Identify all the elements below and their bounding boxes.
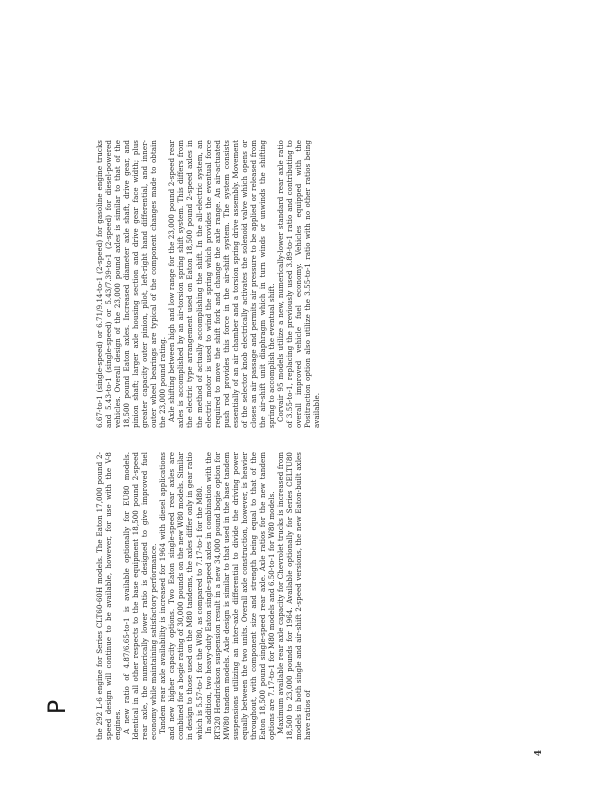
page-number: 4: [533, 747, 545, 759]
paragraph: Maximum available rear axle capacity for…: [276, 452, 312, 740]
margin-mark: P: [42, 692, 72, 722]
paragraph: A new ratio of 4.87/6.65-to-1 is availab…: [122, 452, 158, 740]
paragraph: Corvair 95 models utilize a new, numeric…: [276, 140, 321, 428]
paragraph: In addition, two heavy-duty Eaton single…: [204, 452, 276, 740]
two-column-layout: the 292 L-6 engine for Series CLT60-60H …: [95, 140, 365, 740]
paragraph: 6.67-to-1 (single-speed) or 6.71/9.14-to…: [95, 140, 167, 428]
paragraph: Tandem rear axle availability is increas…: [158, 452, 203, 740]
left-column: the 292 L-6 engine for Series CLT60-60H …: [95, 452, 365, 740]
right-column: 6.67-to-1 (single-speed) or 6.71/9.14-to…: [95, 140, 365, 428]
paragraph: Axle shifting between high and low range…: [167, 140, 276, 428]
paragraph: the 292 L-6 engine for Series CLT60-60H …: [95, 452, 122, 740]
rotated-document-body: the 292 L-6 engine for Series CLT60-60H …: [95, 140, 365, 740]
